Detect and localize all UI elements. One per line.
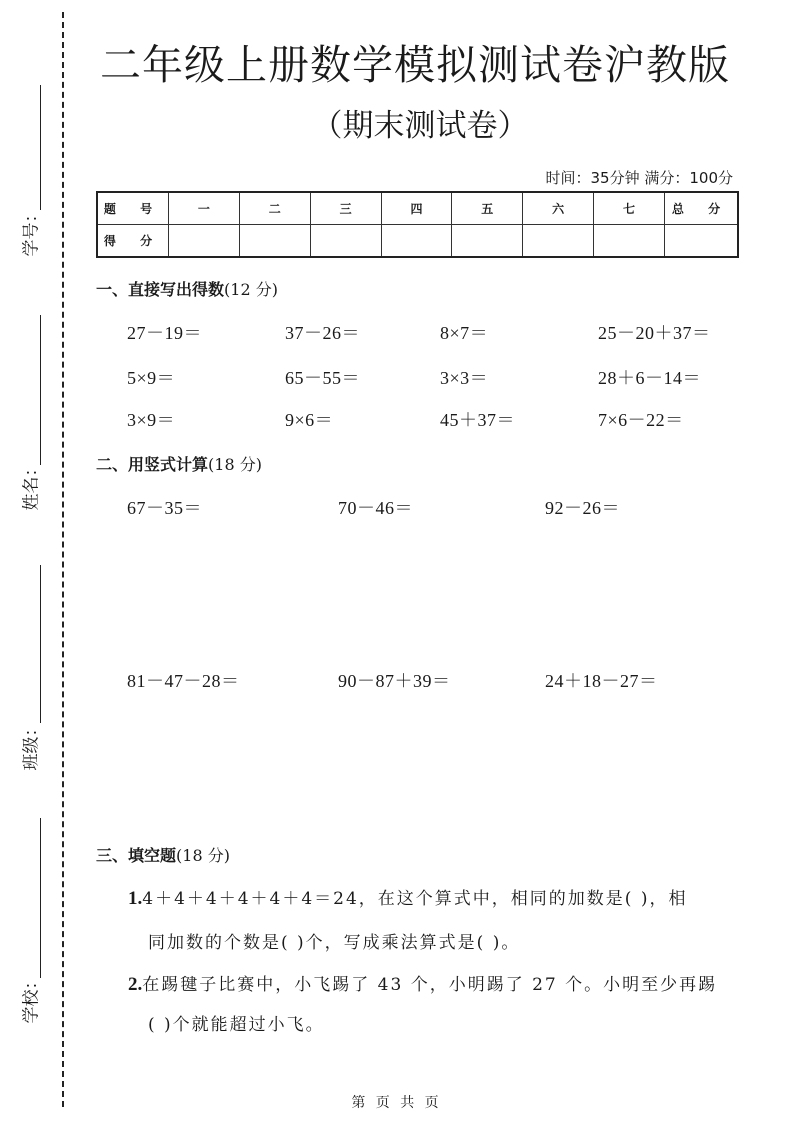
page-subtitle: （期末测试卷）	[280, 100, 560, 145]
question-text-line-2: ( )个就能超过小飞。	[148, 1015, 325, 1035]
class-field[interactable]: 班级：	[0, 565, 60, 780]
mental-math-item: 28＋6－14＝	[598, 364, 701, 390]
fill-blank-question-1: 1.4＋4＋4＋4＋4＋4＝24，在这个算式中，相同的加数是( )，相	[128, 884, 687, 910]
mental-math-item: 45＋37＝	[440, 406, 515, 432]
question-number: 2.	[128, 974, 142, 995]
score-cell-4[interactable]	[381, 225, 452, 258]
score-cell-1[interactable]	[169, 225, 240, 258]
vertical-calc-item: 70－46＝	[338, 494, 413, 520]
section-2-heading: 二、用竖式计算	[96, 455, 208, 474]
mental-math-item: 3×9＝	[127, 406, 175, 432]
score-cell-total[interactable]	[665, 225, 739, 258]
score-cell-3[interactable]	[310, 225, 381, 258]
column-4: 四	[381, 192, 452, 225]
name-field[interactable]: 姓名：	[0, 315, 60, 505]
fill-blank-question-2-continued: ( )个就能超过小飞。	[148, 1010, 325, 1035]
section-2-points: (18 分)	[208, 455, 262, 474]
question-number: 1.	[128, 888, 142, 909]
column-6: 六	[523, 192, 594, 225]
vertical-calc-item: 81－47－28＝	[127, 667, 240, 693]
class-label: 班级：	[17, 749, 42, 771]
question-text-line-1: 在踢毽子比赛中，小飞踢了 43 个，小明踢了 27 个。小明至少再踢	[142, 975, 717, 995]
score-cell-6[interactable]	[523, 225, 594, 258]
section-3-heading: 三、填空题	[96, 846, 176, 865]
question-text-line-2: 同加数的个数是( )个，写成乘法算式是( )。	[148, 933, 520, 953]
binding-margin: 学号： 姓名： 班级： 学校：	[0, 0, 70, 1122]
vertical-calc-item: 24＋18－27＝	[545, 667, 658, 693]
score-cell-5[interactable]	[452, 225, 523, 258]
total-score-header: 总 分	[665, 192, 739, 225]
vertical-calc-item: 92－26＝	[545, 494, 620, 520]
mental-math-item: 8×7＝	[440, 319, 488, 345]
mental-math-item: 3×3＝	[440, 364, 488, 390]
name-label: 姓名：	[17, 489, 42, 511]
section-1-points: (12 分)	[224, 280, 278, 299]
score-table-score-row: 得 分	[97, 225, 738, 258]
mental-math-item: 7×6－22＝	[598, 406, 684, 432]
mental-math-item: 9×6＝	[285, 406, 333, 432]
student-id-label: 学号：	[17, 235, 42, 257]
score-cell-7[interactable]	[594, 225, 665, 258]
question-number-header: 题 号	[97, 192, 169, 225]
student-id-blank-line[interactable]	[40, 85, 41, 210]
fill-blank-question-1-continued: 同加数的个数是( )个，写成乘法算式是( )。	[148, 928, 520, 953]
section-2-title: 二、用竖式计算(18 分)	[96, 452, 262, 475]
column-3: 三	[310, 192, 381, 225]
score-table-header-row: 题 号 一 二 三 四 五 六 七 总 分	[97, 192, 738, 225]
cut-line-divider	[62, 12, 64, 1107]
question-text-line-1: 4＋4＋4＋4＋4＋4＝24，在这个算式中，相同的加数是( )，相	[142, 889, 687, 909]
column-2: 二	[239, 192, 310, 225]
section-1-title: 一、直接写出得数(12 分)	[96, 277, 278, 300]
column-5: 五	[452, 192, 523, 225]
school-label: 学校：	[17, 1002, 42, 1024]
column-7: 七	[594, 192, 665, 225]
mental-math-item: 37－26＝	[285, 319, 360, 345]
vertical-calc-item: 90－87＋39＝	[338, 667, 451, 693]
score-cell-2[interactable]	[239, 225, 310, 258]
page-number-footer: 第 页 共 页	[0, 1092, 793, 1112]
school-field[interactable]: 学校：	[0, 818, 60, 1033]
mental-math-item: 65－55＝	[285, 364, 360, 390]
student-id-field[interactable]: 学号：	[0, 85, 60, 275]
mental-math-item: 5×9＝	[127, 364, 175, 390]
mental-math-item: 27－19＝	[127, 319, 202, 345]
page-title: 二年级上册数学模拟测试卷沪教版	[80, 32, 750, 91]
mental-math-item: 25－20＋37＝	[598, 319, 711, 345]
vertical-calc-item: 67－35＝	[127, 494, 202, 520]
score-header: 得 分	[97, 225, 169, 258]
section-3-points: (18 分)	[176, 846, 230, 865]
class-blank-line[interactable]	[40, 565, 41, 723]
column-1: 一	[169, 192, 240, 225]
school-blank-line[interactable]	[40, 818, 41, 978]
section-3-title: 三、填空题(18 分)	[96, 843, 230, 866]
score-table: 题 号 一 二 三 四 五 六 七 总 分 得 分	[96, 191, 739, 258]
name-blank-line[interactable]	[40, 315, 41, 465]
fill-blank-question-2: 2.在踢毽子比赛中，小飞踢了 43 个，小明踢了 27 个。小明至少再踢	[128, 970, 717, 996]
exam-time-and-score: 时间：35分钟 满分：100分	[546, 167, 734, 188]
section-1-heading: 一、直接写出得数	[96, 280, 224, 299]
